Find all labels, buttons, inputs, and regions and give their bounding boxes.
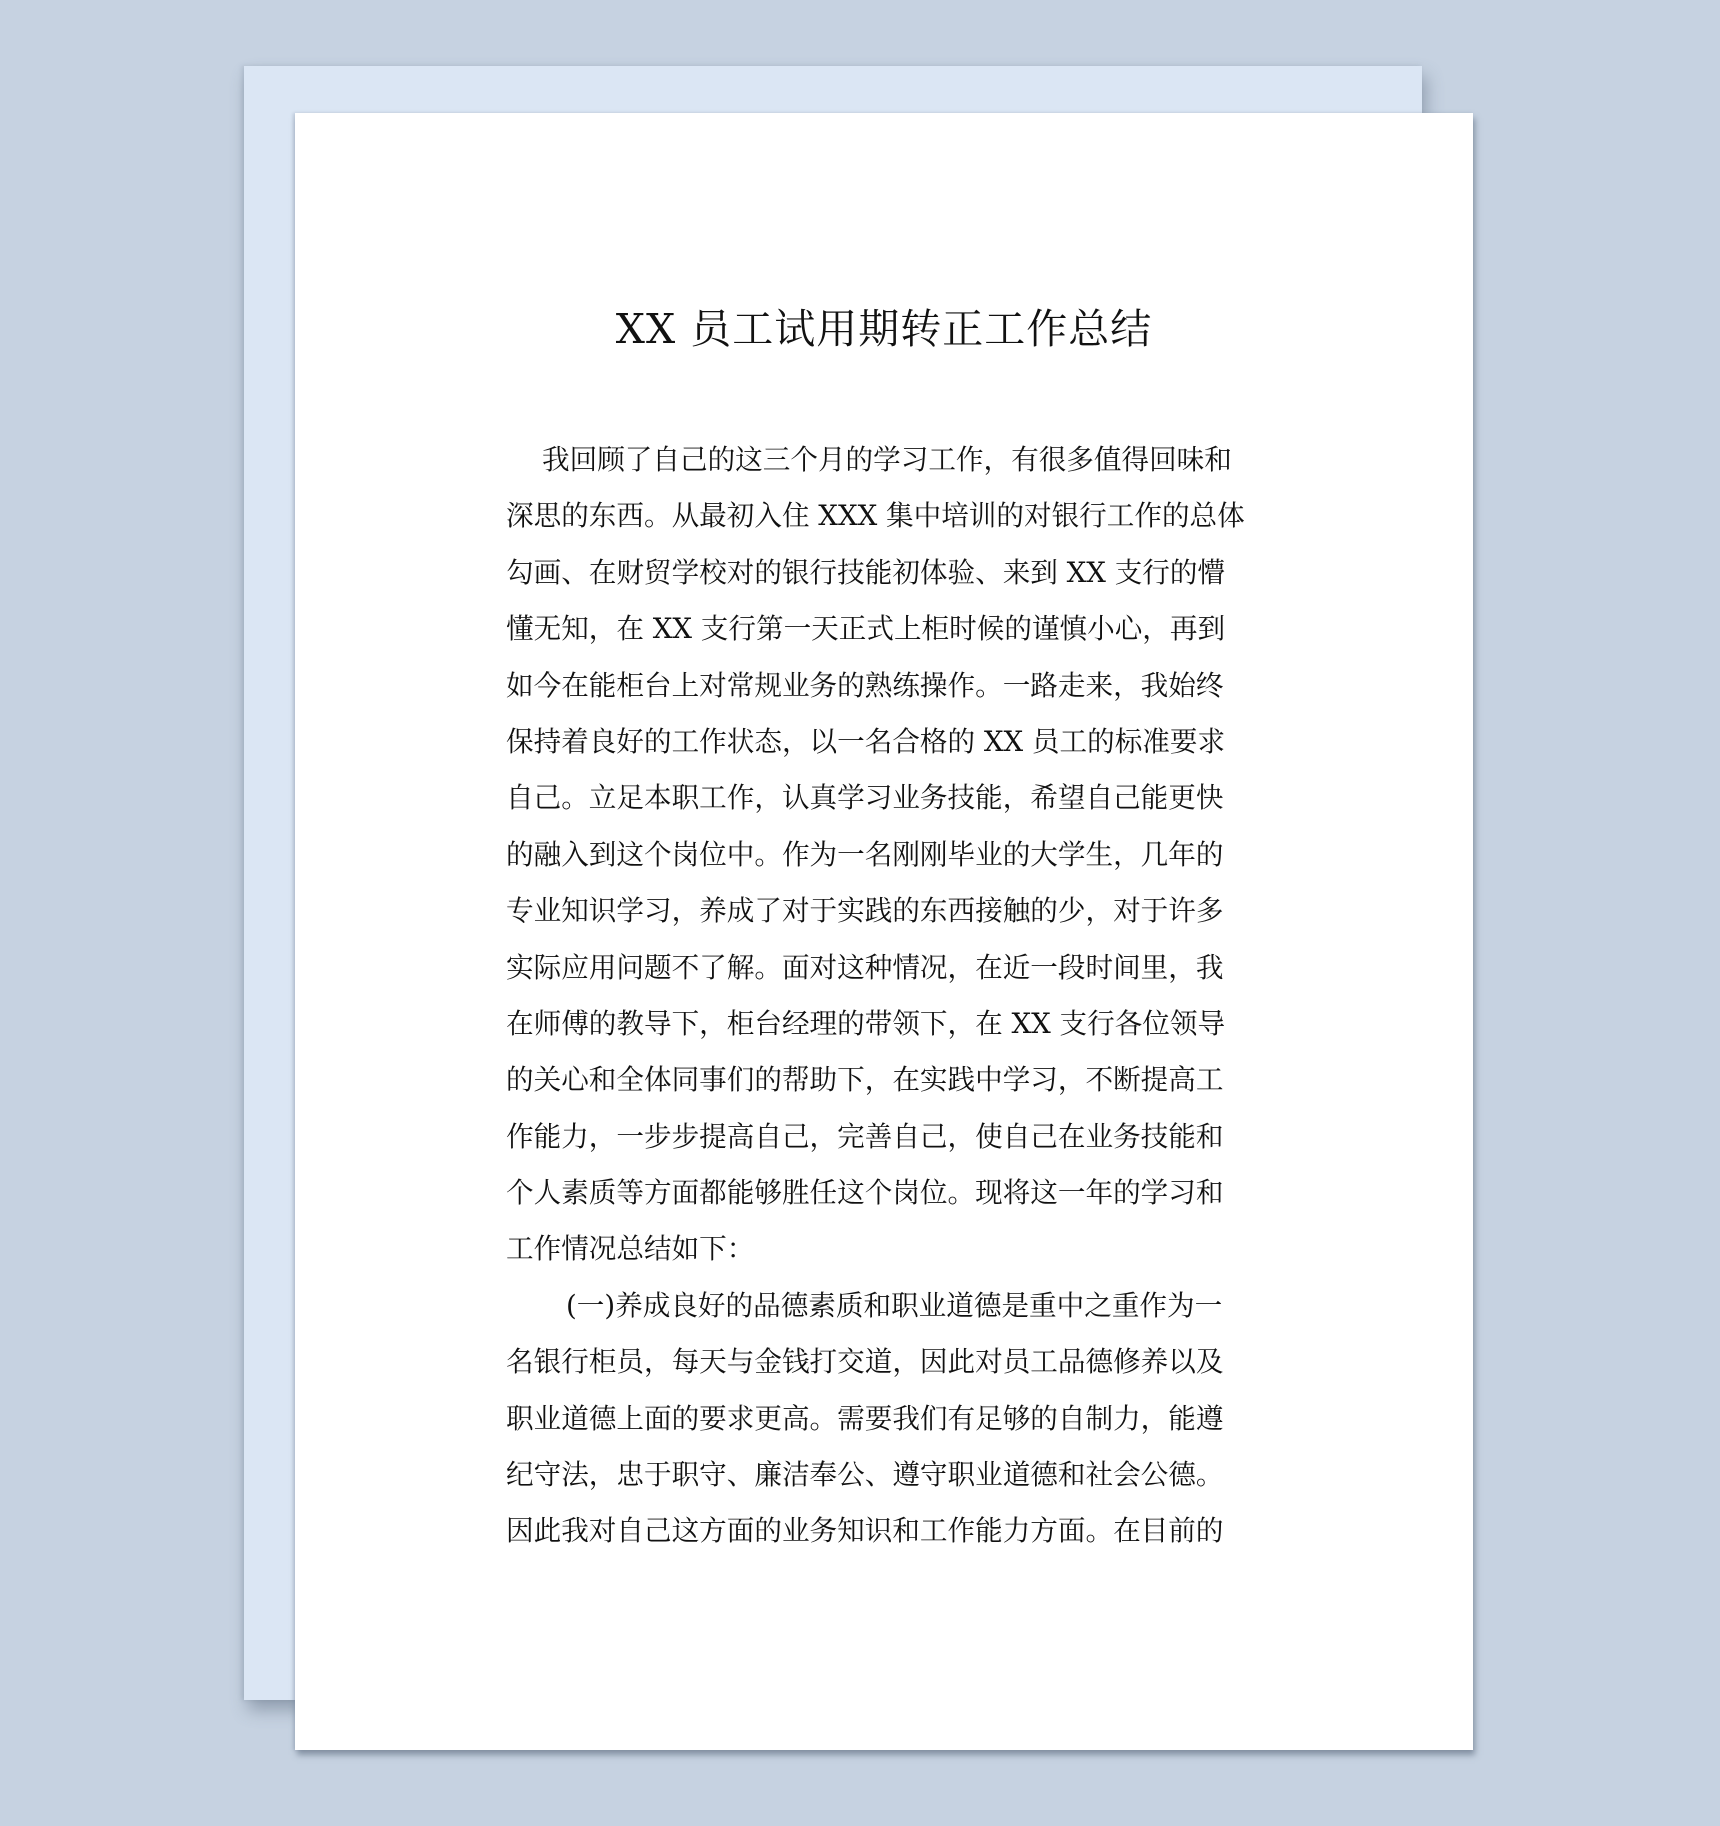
paragraph-line: 的关心和全体同事们的帮助下，在实践中学习，不断提高工 bbox=[506, 1052, 1258, 1108]
paragraph-line: 个人素质等方面都能够胜任这个岗位。现将这一年的学习和 bbox=[506, 1165, 1258, 1221]
paragraph-line: 职业道德上面的要求更高。需要我们有足够的自制力，能遵 bbox=[506, 1391, 1258, 1447]
document-title: XX 员工试用期转正工作总结 bbox=[295, 303, 1473, 355]
paragraph-line: 懂无知，在 XX 支行第一天正式上柜时候的谨慎小心，再到 bbox=[506, 601, 1258, 657]
document-body: 我回顾了自己的这三个月的学习工作，有很多值得回味和 深思的东西。从最初入住 XX… bbox=[506, 432, 1258, 1560]
front-page-sheet: XX 员工试用期转正工作总结 我回顾了自己的这三个月的学习工作，有很多值得回味和… bbox=[295, 113, 1473, 1750]
paragraph-line: 的融入到这个岗位中。作为一名刚刚毕业的大学生，几年的 bbox=[506, 827, 1258, 883]
paragraph-line: 工作情况总结如下： bbox=[506, 1221, 1258, 1277]
paragraph-line: 专业知识学习，养成了对于实践的东西接触的少，对于许多 bbox=[506, 883, 1258, 939]
paragraph-line: 纪守法，忠于职守、廉洁奉公、遵守职业道德和社会公德。 bbox=[506, 1447, 1258, 1503]
paragraph-line: 实际应用问题不了解。面对这种情况，在近一段时间里，我 bbox=[506, 940, 1258, 996]
paragraph-line: 名银行柜员，每天与金钱打交道，因此对员工品德修养以及 bbox=[506, 1334, 1258, 1390]
paragraph-line: 在师傅的教导下，柜台经理的带领下，在 XX 支行各位领导 bbox=[506, 996, 1258, 1052]
paragraph-line: 自己。立足本职工作，认真学习业务技能，希望自己能更快 bbox=[506, 770, 1258, 826]
paragraph-line: 因此我对自己这方面的业务知识和工作能力方面。在目前的 bbox=[506, 1503, 1258, 1559]
paragraph-line: 深思的东西。从最初入住 XXX 集中培训的对银行工作的总体 bbox=[506, 488, 1258, 544]
paragraph-line: 作能力，一步步提高自己，完善自己，使自己在业务技能和 bbox=[506, 1109, 1258, 1165]
paragraph-line: 保持着良好的工作状态，以一名合格的 XX 员工的标准要求 bbox=[506, 714, 1258, 770]
paragraph-line: 我回顾了自己的这三个月的学习工作，有很多值得回味和 bbox=[506, 432, 1258, 488]
section-heading-line: (一)养成良好的品德素质和职业道德是重中之重作为一 bbox=[506, 1278, 1258, 1334]
paragraph-line: 如今在能柜台上对常规业务的熟练操作。一路走来，我始终 bbox=[506, 658, 1258, 714]
paragraph-line: 勾画、在财贸学校对的银行技能初体验、来到 XX 支行的懵 bbox=[506, 545, 1258, 601]
